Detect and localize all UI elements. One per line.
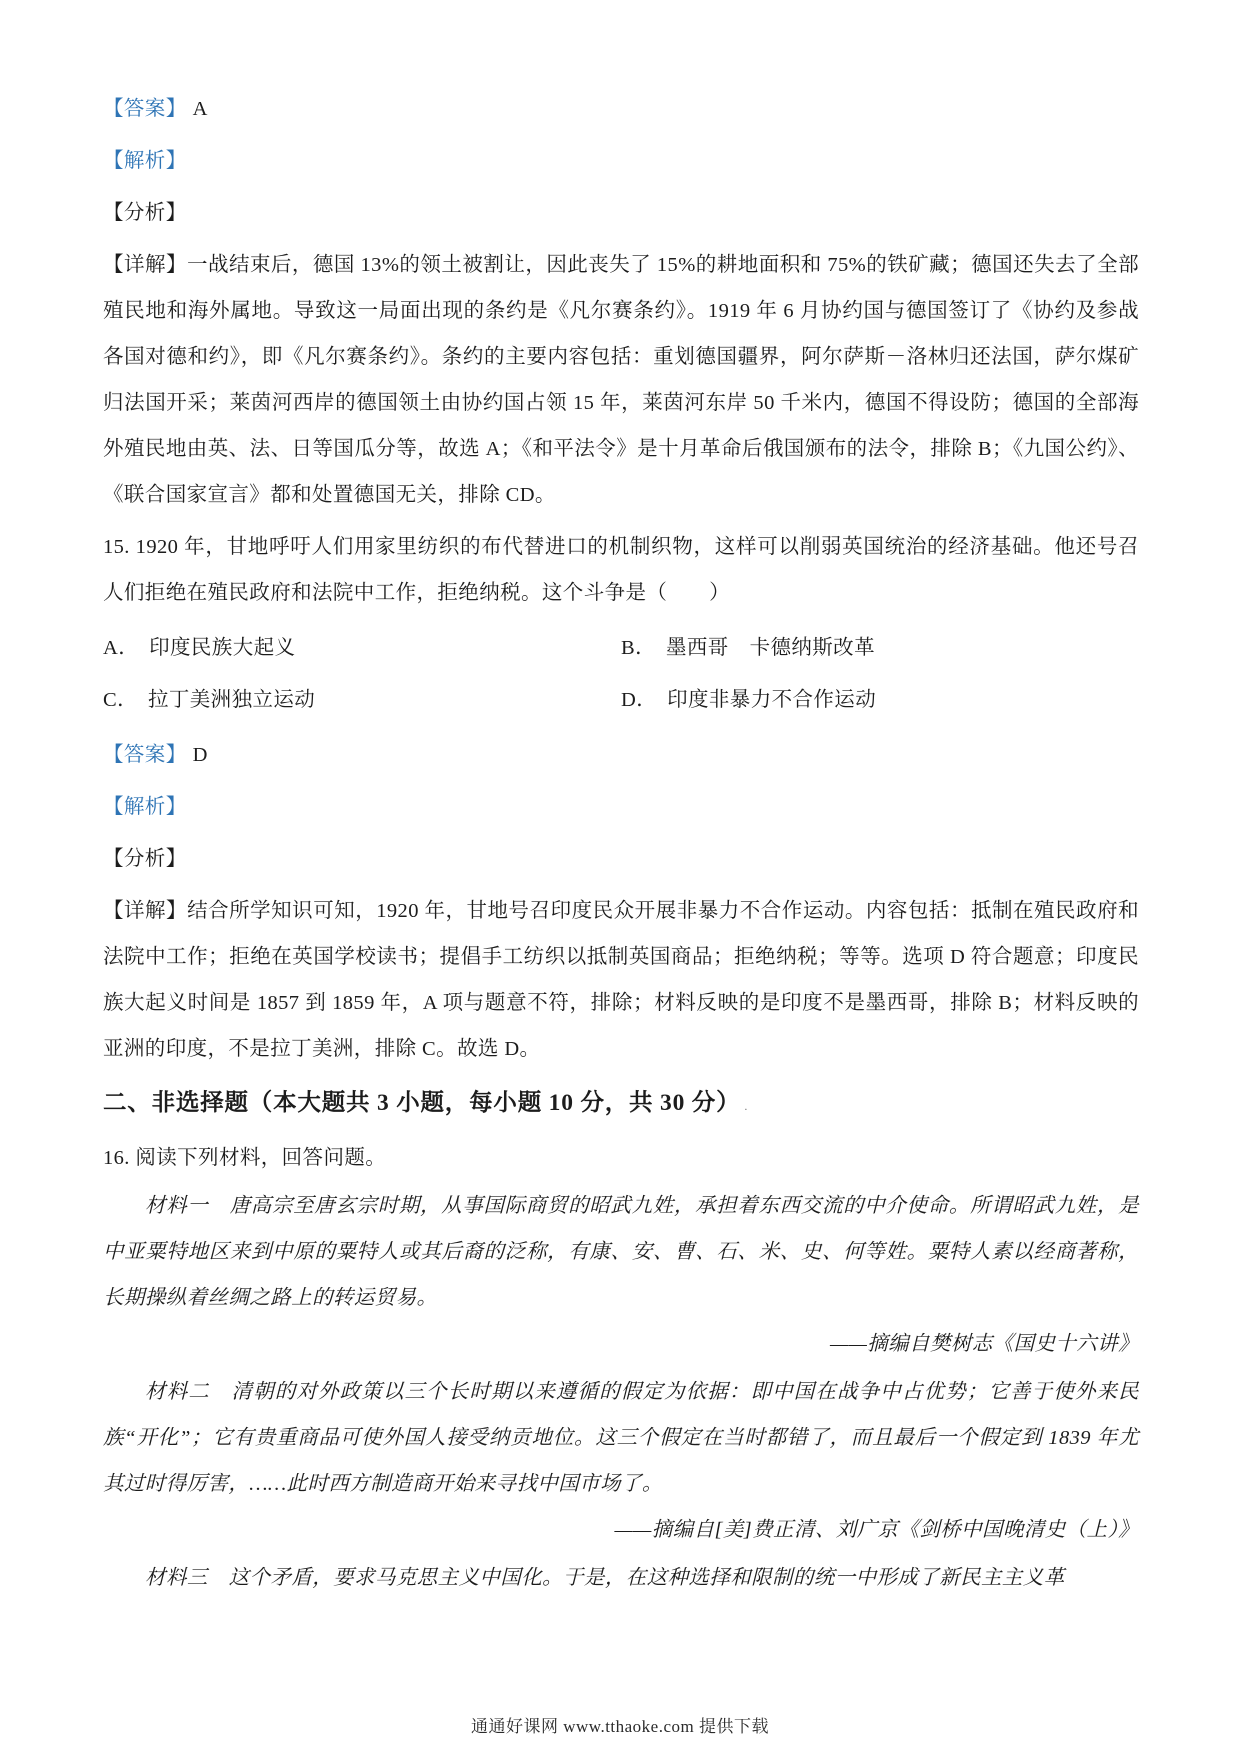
option-a-text: 印度民族大起义 bbox=[149, 637, 295, 659]
q15-detail-label: 【详解】 bbox=[103, 900, 187, 922]
option-d-label: D． bbox=[621, 689, 667, 711]
option-b-label: B． bbox=[621, 637, 666, 659]
q15-stem: 15. 1920 年，甘地呼吁人们用家里纺织的布代替进口的机制织物，这样可以削弱… bbox=[103, 524, 1139, 616]
option-c-text: 拉丁美洲独立运动 bbox=[148, 689, 315, 711]
q15-options: A．印度民族大起义 B．墨西哥 卡德纳斯改革 C．拉丁美洲独立运动 D．印度非暴… bbox=[103, 622, 1139, 726]
q16-material1-source: ——摘编自樊树志《国史十六讲》 bbox=[103, 1321, 1139, 1367]
option-d-text: 印度非暴力不合作运动 bbox=[667, 689, 876, 711]
q14-jiexi-line: 【解析】 bbox=[103, 138, 1139, 184]
q15-answer-label: 【答案】 bbox=[103, 744, 187, 766]
q14-answer-value: A bbox=[187, 98, 208, 120]
q15-jiexi-label: 【解析】 bbox=[103, 796, 187, 818]
option-c: C．拉丁美洲独立运动 bbox=[103, 674, 621, 726]
q15-answer-value: D bbox=[187, 744, 208, 766]
q16-intro: 16. 阅读下列材料，回答问题。 bbox=[103, 1135, 1139, 1181]
q14-detail-label: 【详解】 bbox=[103, 254, 187, 276]
option-a-label: A． bbox=[103, 637, 149, 659]
q15-detail-text: 结合所学知识可知，1920 年，甘地号召印度民众开展非暴力不合作运动。内容包括：… bbox=[103, 900, 1139, 1060]
option-d: D．印度非暴力不合作运动 bbox=[621, 674, 1139, 726]
page-content: 【答案】A 【解析】 【分析】 【详解】一战结束后，德国 13%的领土被割让，因… bbox=[103, 86, 1139, 1601]
q15-fenxi-label: 【分析】 bbox=[103, 848, 187, 870]
q15-detail-paragraph: 【详解】结合所学知识可知，1920 年，甘地号召印度民众开展非暴力不合作运动。内… bbox=[103, 888, 1139, 1072]
section2-heading-text: 二、非选择题（本大题共 3 小题，每小题 10 分，共 30 分） bbox=[103, 1090, 740, 1116]
option-b-text: 墨西哥 卡德纳斯改革 bbox=[666, 637, 875, 659]
q14-detail-text: 一战结束后，德国 13%的领土被割让，因此丧失了 15%的耕地面积和 75%的铁… bbox=[103, 254, 1139, 506]
option-a: A．印度民族大起义 bbox=[103, 622, 621, 674]
q16-material2: 材料二 清朝的对外政策以三个长时期以来遵循的假定为依据：即中国在战争中占优势；它… bbox=[103, 1369, 1139, 1507]
q15-fenxi-line: 【分析】 bbox=[103, 836, 1139, 882]
q14-jiexi-label: 【解析】 bbox=[103, 150, 187, 172]
q16-material2-source: ——摘编自[美]费正清、刘广京《剑桥中国晚清史（上）》 bbox=[103, 1507, 1139, 1553]
q14-answer-line: 【答案】A bbox=[103, 86, 1139, 132]
q14-fenxi-line: 【分析】 bbox=[103, 190, 1139, 236]
page-footer: 通通好课网 www.tthaoke.com 提供下载 bbox=[0, 1716, 1240, 1738]
q15-answer-line: 【答案】D bbox=[103, 732, 1139, 778]
q14-fenxi-label: 【分析】 bbox=[103, 202, 187, 224]
option-c-label: C． bbox=[103, 689, 148, 711]
section2-heading-period: . bbox=[740, 1099, 748, 1113]
q16-material1: 材料一 唐高宗至唐玄宗时期，从事国际商贸的昭武九姓，承担着东西交流的中介使命。所… bbox=[103, 1183, 1139, 1321]
q14-detail-paragraph: 【详解】一战结束后，德国 13%的领土被割让，因此丧失了 15%的耕地面积和 7… bbox=[103, 242, 1139, 518]
section2-heading: 二、非选择题（本大题共 3 小题，每小题 10 分，共 30 分）. bbox=[103, 1078, 1139, 1131]
q16-material3: 材料三 这个矛盾，要求马克思主义中国化。于是，在这种选择和限制的统一中形成了新民… bbox=[103, 1555, 1139, 1601]
option-b: B．墨西哥 卡德纳斯改革 bbox=[621, 622, 1139, 674]
exam-answer-page: { "labels": { "answer": "【答案】", "analysi… bbox=[0, 0, 1240, 1754]
q14-answer-label: 【答案】 bbox=[103, 98, 187, 120]
q15-jiexi-line: 【解析】 bbox=[103, 784, 1139, 830]
